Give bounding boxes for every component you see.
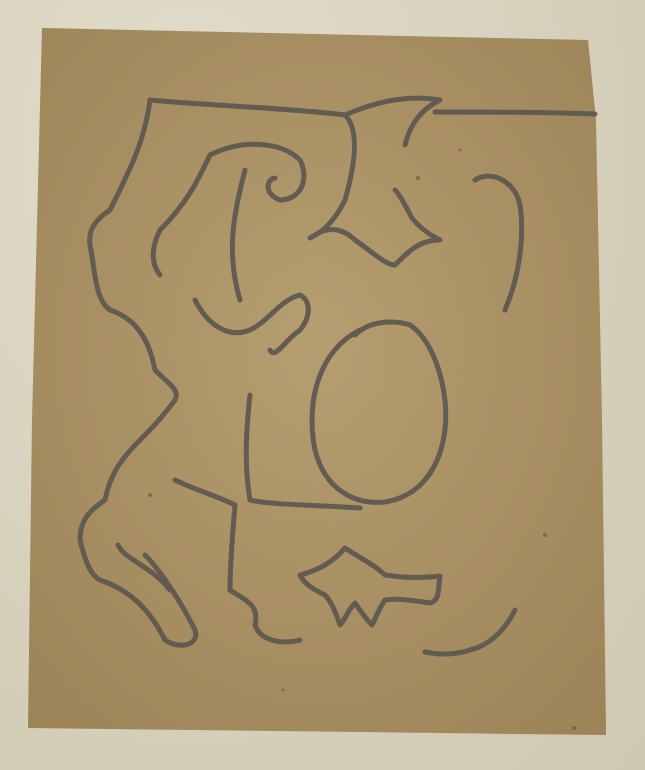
photo-scene: Pencil sketch of an ornamental decorativ…: [0, 0, 645, 770]
sketch-artwork: [0, 0, 645, 770]
